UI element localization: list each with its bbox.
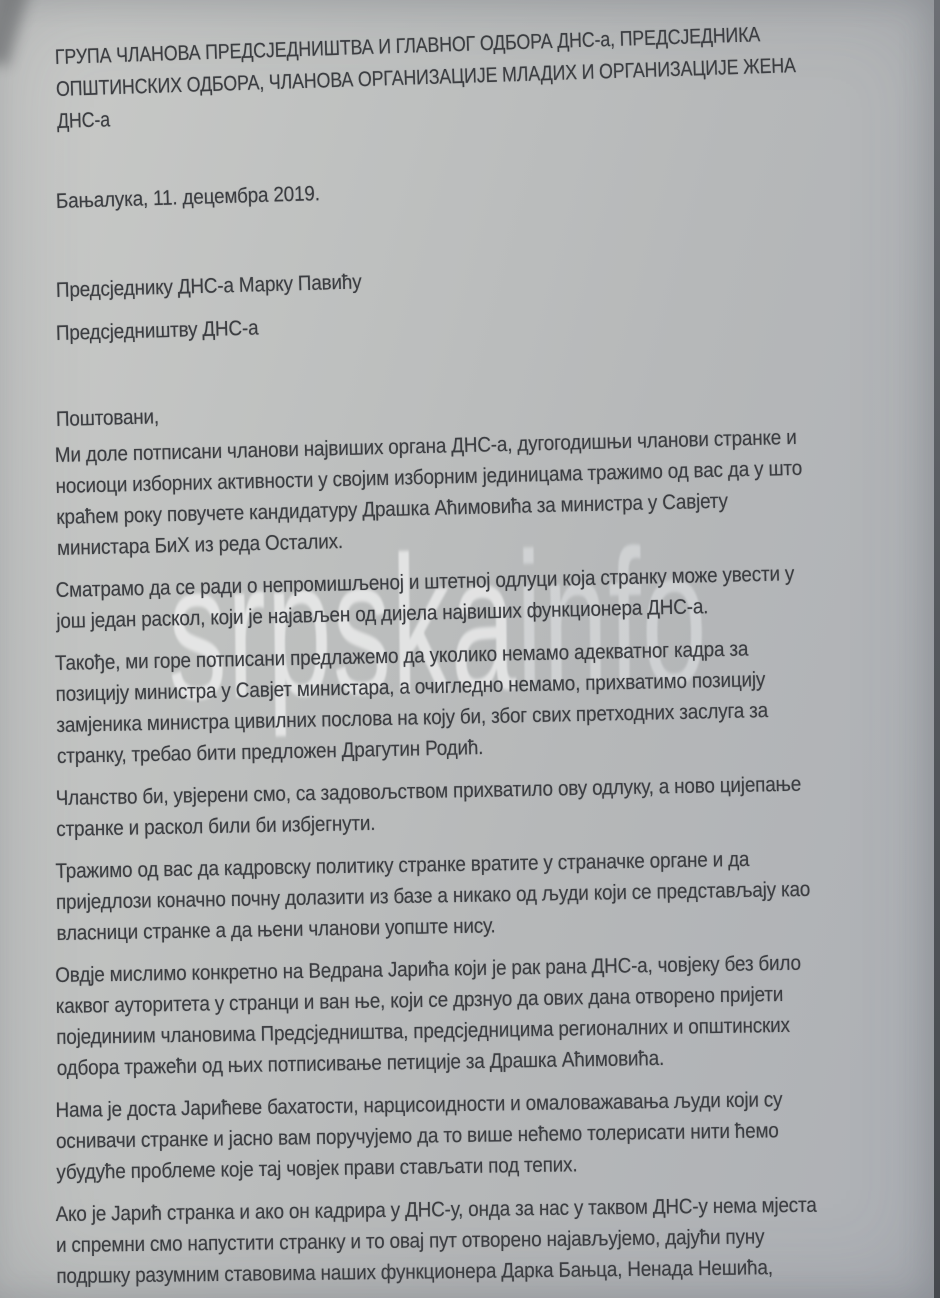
letter-header: ГРУПА ЧЛАНОВА ПРЕДСЈЕДНИШТВА И ГЛАВНОГ О… <box>54 15 907 138</box>
letter-body: ГРУПА ЧЛАНОВА ПРЕДСЈЕДНИШТВА И ГЛАВНОГ О… <box>56 42 940 1298</box>
paragraph: Сматрамо да се ради о непромишљеној и шт… <box>55 555 940 637</box>
paragraph: Ако је Јарић странка и ако он кадрира у … <box>55 1188 940 1292</box>
paragraph: Овдје мислимо конкретно на Ведрана Јарић… <box>55 945 940 1084</box>
paragraph: Тражимо од вас да кадровску политику стр… <box>55 840 940 949</box>
paragraph: Такође, ми горе потписани предлажемо да … <box>55 629 940 772</box>
paragraph: Чланство би, увјерени смо, са задовољств… <box>55 766 940 845</box>
scanned-letter-photo: srpskainfo ГРУПА ЧЛАНОВА ПРЕДСЈЕДНИШТВА … <box>0 0 940 1298</box>
paragraph: Ми доле потписани чланови највиших орган… <box>54 418 940 564</box>
paragraph: Нама је доста Јарићеве бахатости, нарцис… <box>55 1082 940 1188</box>
date-line: Бањалука, 11. децембра 2019. <box>56 159 940 218</box>
top-left-corner-shadow <box>0 0 31 67</box>
